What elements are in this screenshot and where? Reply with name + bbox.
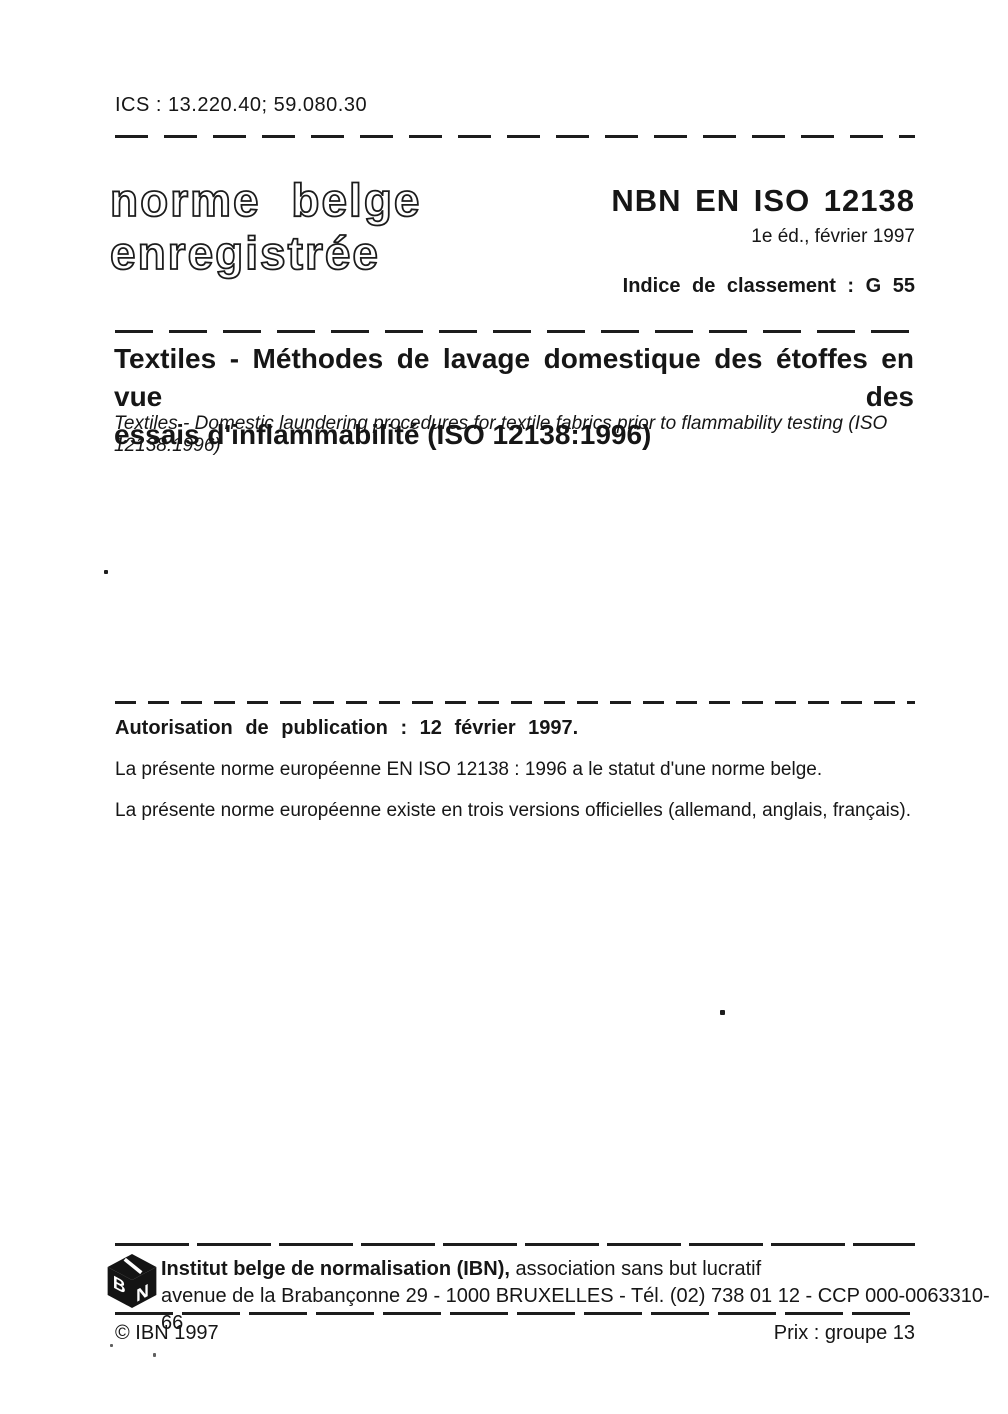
classification-index: Indice de classement : G 55 (611, 275, 915, 298)
price-group-text: Prix : groupe 13 (774, 1322, 915, 1345)
edition-date: 1e éd., février 1997 (611, 226, 915, 248)
title-english: Textiles - Domestic laundering procedure… (114, 413, 934, 457)
footer-institute-line: Institut belge de normalisation (IBN), a… (161, 1256, 1008, 1283)
scan-speck (720, 1010, 725, 1015)
footer-institute-suffix: association sans but lucratif (515, 1258, 761, 1280)
scan-speck (110, 1344, 113, 1347)
norme-belge-line2: enregistrée (110, 227, 422, 280)
dashed-rule-middle (115, 701, 915, 704)
document-page: ICS : 13.220.40; 59.080.30 norme belge e… (0, 0, 1008, 1414)
footer-bottom-row: © IBN 1997 Prix : groupe 13 (115, 1322, 915, 1345)
footer-institute-name: Institut belge de normalisation (IBN), (161, 1258, 510, 1280)
ics-code: ICS : 13.220.40; 59.080.30 (115, 94, 367, 117)
norme-belge-outline-heading: norme belge enregistrée (110, 174, 422, 280)
dashed-rule-top (115, 135, 915, 138)
ibn-cube-logo: B N (106, 1253, 158, 1314)
authorization-line: Autorisation de publication : 12 février… (115, 717, 578, 740)
versions-paragraph: La présente norme européenne existe en t… (115, 800, 925, 822)
copyright-text: © IBN 1997 (115, 1322, 219, 1345)
footer-rule-top (115, 1243, 915, 1246)
dashed-rule-title (115, 330, 915, 333)
standard-header-block: NBN EN ISO 12138 1e éd., février 1997 In… (611, 183, 915, 298)
scan-speck (153, 1353, 156, 1357)
title-french-line1: Textiles - Méthodes de lavage domestique… (114, 340, 914, 416)
standard-number: NBN EN ISO 12138 (611, 183, 915, 219)
norme-belge-line1: norme belge (110, 174, 422, 227)
scan-speck (104, 570, 108, 574)
status-paragraph: La présente norme européenne EN ISO 1213… (115, 759, 925, 781)
footer-rule-bottom (115, 1312, 915, 1315)
